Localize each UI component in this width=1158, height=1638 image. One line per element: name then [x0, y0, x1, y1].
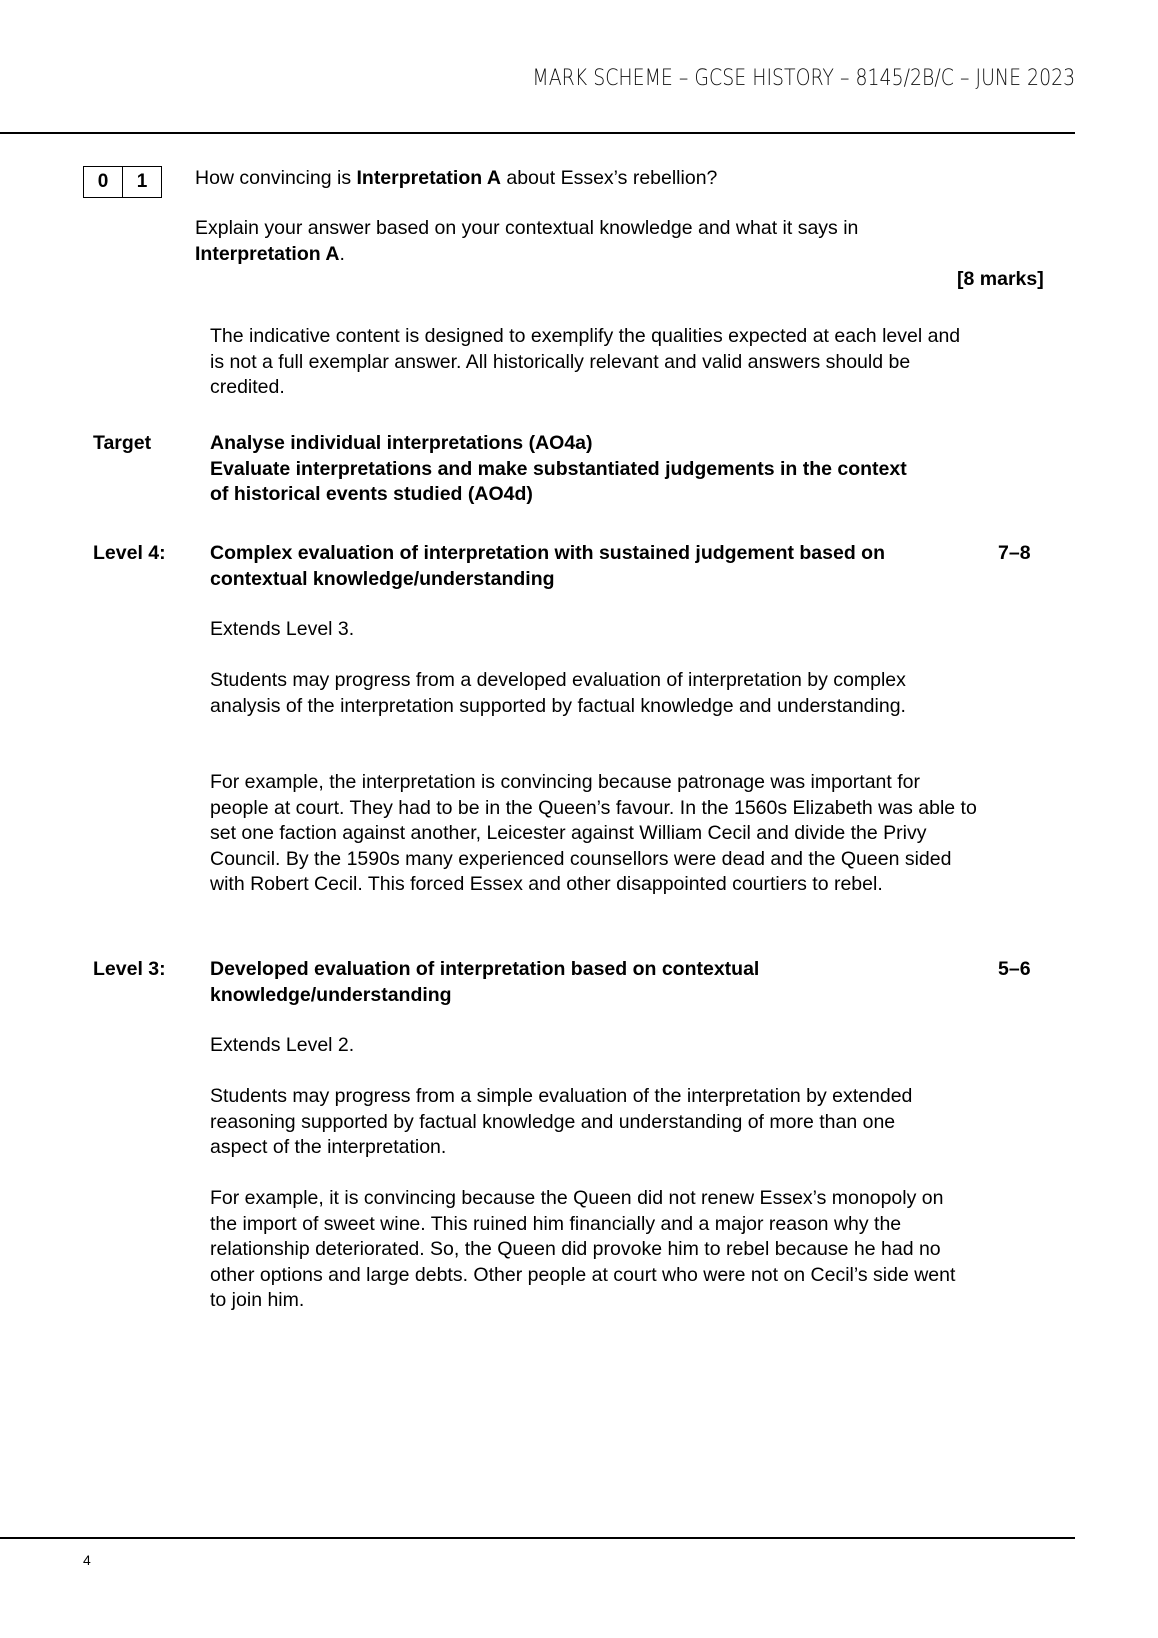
level-3-extends: Extends Level 2. — [210, 1033, 970, 1059]
level-4-example: For example, the interpretation is convi… — [210, 770, 980, 898]
instruction-end: . — [339, 243, 344, 265]
level-3-example: For example, it is convincing because th… — [210, 1186, 975, 1314]
instruction-bold: Interpretation A — [195, 243, 339, 265]
instruction-text: Explain your answer based on your contex… — [195, 217, 858, 239]
level-3-title: Developed evaluation of interpretation b… — [210, 957, 850, 1008]
question-number-box: 0 1 — [83, 166, 162, 198]
level-4-title: Complex evaluation of interpretation wit… — [210, 541, 965, 592]
question-digit: 0 — [84, 167, 122, 197]
level-4-extends: Extends Level 3. — [210, 617, 970, 643]
level-3-marks: 5–6 — [998, 957, 1031, 983]
level-3-label: Level 3: — [93, 957, 166, 983]
document-header-title: MARK SCHEME – GCSE HISTORY – 8145/2B/C –… — [532, 66, 1075, 91]
target-ao4a: Analyse individual interpretations (AO4a… — [210, 431, 970, 457]
level-4-marks: 7–8 — [998, 541, 1031, 567]
question-digit: 1 — [122, 167, 161, 197]
question-marks: [8 marks] — [957, 267, 1044, 293]
page-number: 4 — [83, 1552, 91, 1568]
level-4-label: Level 4: — [93, 541, 166, 567]
indicative-note: The indicative content is designed to ex… — [210, 324, 970, 401]
header-rule — [0, 132, 1075, 134]
prompt-bold: Interpretation A — [356, 167, 500, 189]
footer-rule — [0, 1537, 1075, 1539]
question-instruction: Explain your answer based on your contex… — [195, 216, 955, 267]
level-3-progress: Students may progress from a simple eval… — [210, 1084, 930, 1161]
level-4-progress: Students may progress from a developed e… — [210, 668, 930, 719]
prompt-text-end: about Essex’s rebellion? — [501, 167, 717, 189]
question-prompt: How convincing is Interpretation A about… — [195, 166, 717, 192]
target-ao4d: Evaluate interpretations and make substa… — [210, 457, 910, 508]
prompt-text: How convincing is — [195, 167, 356, 189]
target-label: Target — [93, 431, 151, 457]
